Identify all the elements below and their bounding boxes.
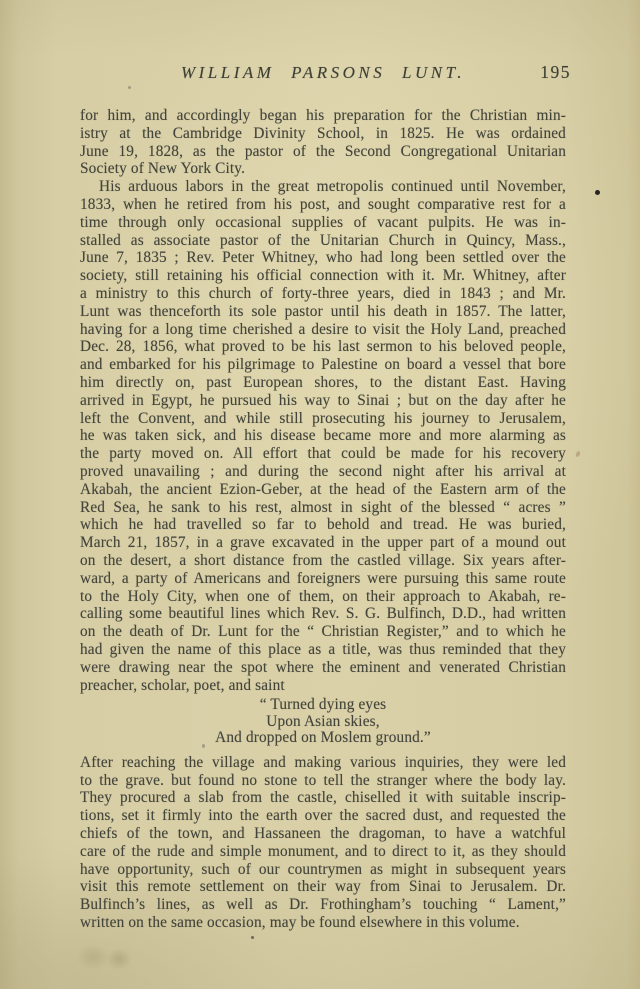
paragraph: His arduous labors in the great metropol… xyxy=(80,178,566,694)
text-line: Akabah, the ancient Ezion-Geber, at the … xyxy=(80,481,566,499)
paper-smudge xyxy=(76,944,110,970)
text-line: proved unavailing ; and during the secon… xyxy=(80,463,566,481)
ink-speck xyxy=(128,86,131,89)
text-line: chiefs of the town, and Hassaneen the dr… xyxy=(80,825,566,843)
text-line: which he had travelled so far to behold … xyxy=(80,516,566,534)
page-header: WILLIAM PARSONS LUNT. 195 xyxy=(80,63,566,87)
text-line: Lunt was thenceforth its sole pastor unt… xyxy=(80,303,566,321)
text-line: preacher, scholar, poet, and saint xyxy=(80,677,566,695)
text-line: After reaching the village and making va… xyxy=(80,754,566,772)
page-number: 195 xyxy=(540,62,571,83)
ink-speck xyxy=(202,744,205,748)
text-line: having for a long time cherished a desir… xyxy=(80,321,566,339)
text-line: to the Holy City, when one of them, on t… xyxy=(80,588,566,606)
text-line: him directly on, past European shores, t… xyxy=(80,374,566,392)
text-line: “ Turned dying eyes xyxy=(80,697,566,714)
text-line: on the desert, a short distance from the… xyxy=(80,552,566,570)
text-line: istry at the Cambridge Divinity School, … xyxy=(80,125,566,143)
text-line: left the Convent, and while still prosec… xyxy=(80,410,566,428)
text-line: have opportunity, such of our countrymen… xyxy=(80,861,566,879)
text-line: he was taken sick, and his disease becam… xyxy=(80,427,566,445)
text-line: And dropped on Moslem ground.” xyxy=(80,730,566,747)
text-line: Dec. 28, 1856, what proved to be his las… xyxy=(80,338,566,356)
paragraph: for him, and accordingly began his prepa… xyxy=(80,107,566,178)
text-line: Upon Asian skies, xyxy=(80,714,566,731)
text-line: calling some beautiful lines which Rev. … xyxy=(80,605,566,623)
text-block: for him, and accordingly began his prepa… xyxy=(80,107,566,932)
ink-dot xyxy=(251,936,254,939)
text-line: society, still retaining his official co… xyxy=(80,267,566,285)
text-line: a ministry to this church of forty-three… xyxy=(80,285,566,303)
paper-smudge xyxy=(106,948,132,970)
text-line: ward, a party of Americans and foreigner… xyxy=(80,570,566,588)
text-line: tions, set it firmly into the earth over… xyxy=(80,807,566,825)
text-line: care of the rude and simple monument, an… xyxy=(80,843,566,861)
verse-block: “ Turned dying eyesUpon Asian skies,And … xyxy=(80,697,566,747)
text-line: June 19, 1828, as the pastor of the Seco… xyxy=(80,143,566,161)
margin-ink-dot xyxy=(595,190,600,195)
text-line: Red Sea, he sank to his rest, almost in … xyxy=(80,499,566,517)
text-line: His arduous labors in the great metropol… xyxy=(80,178,566,196)
paragraph: After reaching the village and making va… xyxy=(80,754,566,932)
text-line: written on the same occasion, may be fou… xyxy=(80,914,566,932)
text-line: time through only occasional supplies of… xyxy=(80,214,566,232)
text-line: 1833, when he retired from his post, and… xyxy=(80,196,566,214)
text-line: were drawing near the spot where the emi… xyxy=(80,659,566,677)
faint-speck xyxy=(575,450,581,457)
text-line: for him, and accordingly began his prepa… xyxy=(80,107,566,125)
text-line: the party moved on. All effort that coul… xyxy=(80,445,566,463)
text-line: They procured a slab from the castle, ch… xyxy=(80,789,566,807)
text-line: stalled as associate pastor of the Unita… xyxy=(80,232,566,250)
text-line: and embarked for his pilgrimage to Pales… xyxy=(80,356,566,374)
running-title: WILLIAM PARSONS LUNT. xyxy=(80,63,566,83)
text-line: visit this remote settlement on their wa… xyxy=(80,878,566,896)
text-line: March 21, 1857, in a grave excavated in … xyxy=(80,534,566,552)
text-line: had given the name of this place as a ti… xyxy=(80,641,566,659)
book-page: WILLIAM PARSONS LUNT. 195 for him, and a… xyxy=(0,0,640,989)
text-line: June 7, 1835 ; Rev. Peter Whitney, who h… xyxy=(80,249,566,267)
text-line: to the grave. but found no stone to tell… xyxy=(80,772,566,790)
text-line: Society of New York City. xyxy=(80,160,566,178)
text-line: on the death of Dr. Lunt for the “ Chris… xyxy=(80,623,566,641)
text-line: Bulfinch’s lines, as well as Dr. Frothin… xyxy=(80,896,566,914)
text-line: arrived in Egypt, he pursued his way to … xyxy=(80,392,566,410)
